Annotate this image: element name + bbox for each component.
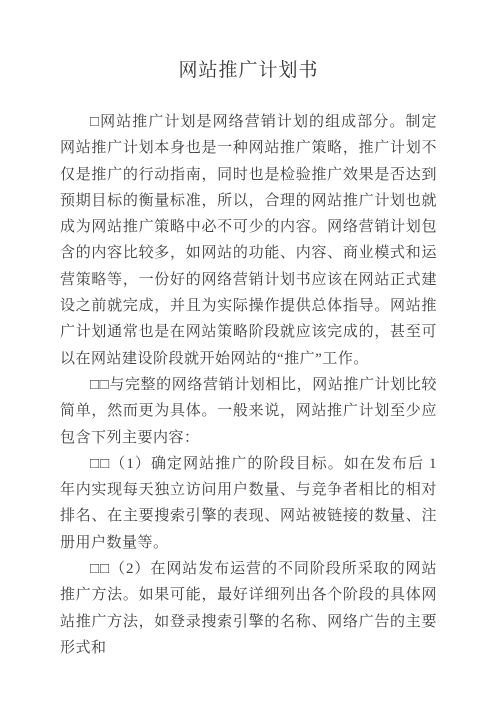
document-title: 网站推广计划书 — [60, 57, 437, 84]
paragraph-overview: □□与完整的网络营销计划相比，网站推广计划比较简单，然而更为具体。一般来说，网站… — [60, 372, 437, 451]
document-page: 网站推广计划书 □网站推广计划是网络营销计划的组成部分。制定网站推广计划本身也是… — [0, 0, 500, 708]
paragraph-item-2: □□（2）在网站发布运营的不同阶段所采取的网站推广方法。如果可能，最好详细列出各… — [60, 556, 437, 661]
document-body: □网站推广计划是网络营销计划的组成部分。制定网站推广计划本身也是一种网站推广策略… — [60, 109, 437, 661]
paragraph-intro: □网站推广计划是网络营销计划的组成部分。制定网站推广计划本身也是一种网站推广策略… — [60, 109, 437, 372]
paragraph-item-1: □□（1）确定网站推广的阶段目标。如在发布后 1 年内实现每天独立访问用户数量、… — [60, 451, 437, 556]
